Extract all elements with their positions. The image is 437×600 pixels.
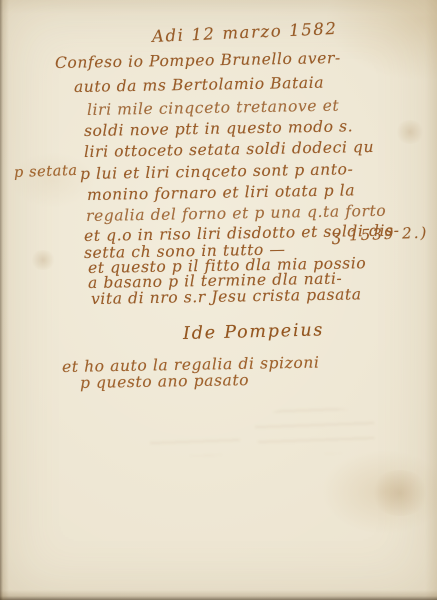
- signature-line: Ide Pompeius: [183, 322, 325, 343]
- manuscript-line: liri ottoceto setata soldi dodeci qu: [84, 140, 374, 161]
- date-line: Adi 12 marzo 1582: [152, 21, 338, 46]
- manuscript-line: soldi nove ptt in questo modo s.: [84, 119, 353, 139]
- foxing-stain: [370, 470, 430, 516]
- foxing-stain: [30, 250, 56, 270]
- manuscript-line: auto da ms Bertolamio Bataia: [74, 76, 324, 96]
- manuscript-line: liri mile cinqceto tretanove et: [87, 99, 339, 119]
- manuscript-line: vita di nro s.r Jesu crista pasata: [91, 287, 362, 307]
- margin-note: p setata: [14, 164, 78, 181]
- total-amount: ʒ 1539 2.): [332, 226, 429, 244]
- manuscript-line: regalia del forno et p una q.ta forto: [86, 204, 387, 225]
- verso-showthrough: [255, 408, 375, 454]
- manuscript-page: Adi 12 marzo 1582 Confeso io Pompeo Brun…: [0, 0, 437, 600]
- verso-showthrough: [150, 430, 240, 456]
- manuscript-line: p lui et liri cinqceto sont p anto-: [80, 162, 354, 182]
- manuscript-line: monino fornaro et liri otata p la: [87, 183, 355, 203]
- foxing-stain: [395, 120, 425, 144]
- manuscript-photo: Adi 12 marzo 1582 Confeso io Pompeo Brun…: [0, 0, 437, 600]
- postscript-line: p questo ano pasato: [80, 373, 249, 391]
- manuscript-line: Confeso io Pompeo Brunello aver-: [55, 51, 341, 71]
